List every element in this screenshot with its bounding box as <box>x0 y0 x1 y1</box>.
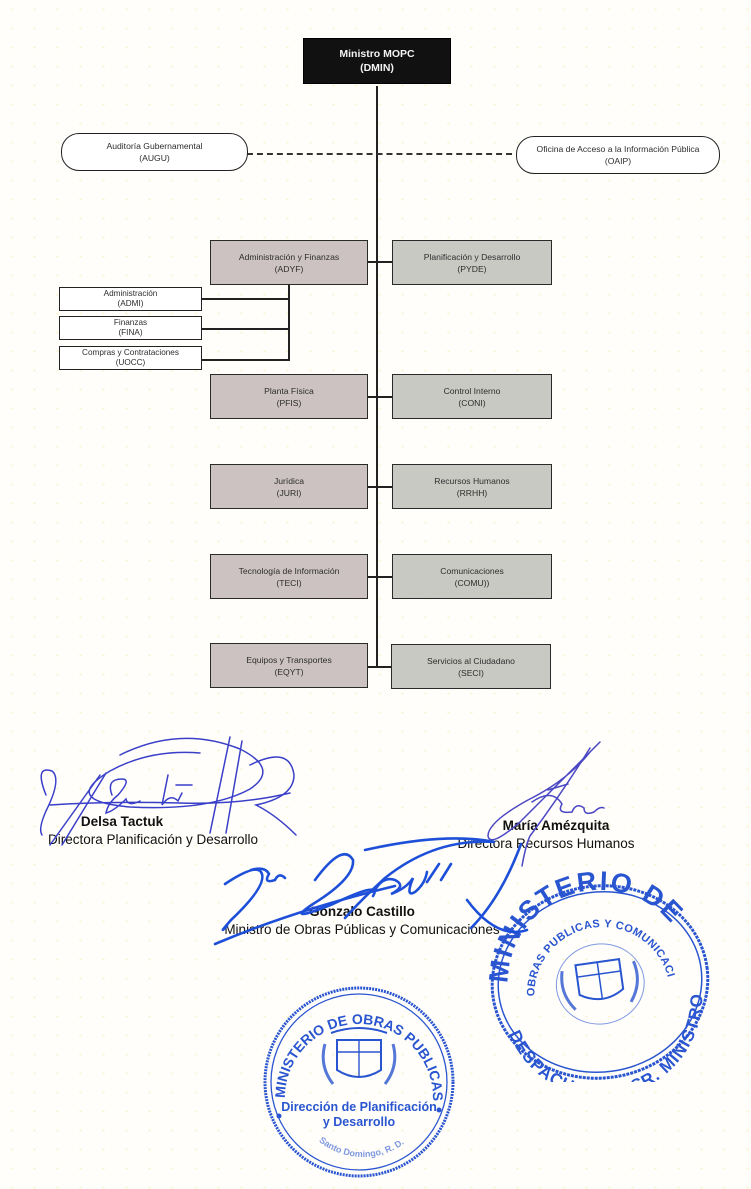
node-ministro: Ministro MOPC (DMIN) <box>303 38 451 84</box>
node-rrhh: Recursos Humanos (RRHH) <box>392 464 552 509</box>
node-name: Tecnología de Información <box>239 565 340 577</box>
node-code: (EQYT) <box>274 666 303 678</box>
node-name: Equipos y Transportes <box>246 654 332 666</box>
node-pfis: Planta Física (PFIS) <box>210 374 368 419</box>
svg-text:Dirección de Planificación: Dirección de Planificación <box>281 1100 437 1114</box>
adyf-sub-connector-admi <box>201 298 289 300</box>
connector-row-5 <box>367 666 392 668</box>
node-pyde: Planificación y Desarrollo (PYDE) <box>392 240 552 285</box>
node-code: (AUGU) <box>139 152 170 164</box>
node-code: (COMU)) <box>455 577 490 589</box>
node-code: (OAIP) <box>605 155 631 167</box>
svg-text:Santo Domingo, R. D.: Santo Domingo, R. D. <box>317 1135 405 1159</box>
node-fina: Finanzas (FINA) <box>59 316 202 340</box>
node-name: Finanzas <box>114 318 147 329</box>
advisory-dashed-connector <box>247 153 522 155</box>
node-oaip: Oficina de Acceso a la Información Públi… <box>516 136 720 174</box>
node-coni: Control Interno (CONI) <box>392 374 552 419</box>
adyf-sub-connector-vertical <box>288 284 290 361</box>
handwritten-signature-castillo <box>205 840 535 950</box>
node-code: (SECI) <box>458 667 484 679</box>
node-name: Servicios al Ciudadano <box>427 655 515 667</box>
node-adyf: Administración y Finanzas (ADYF) <box>210 240 368 285</box>
node-name: Compras y Contrataciones <box>82 348 179 359</box>
node-code: (PYDE) <box>457 263 486 275</box>
node-name: Administración <box>104 289 158 300</box>
svg-text:DESPACHO DEL SR. MINISTRO: DESPACHO DEL SR. MINISTRO <box>503 990 718 1082</box>
node-code: (UOCC) <box>116 358 146 369</box>
node-juri: Jurídica (JURI) <box>210 464 368 509</box>
node-code: (RRHH) <box>457 487 488 499</box>
node-name: Planificación y Desarrollo <box>424 251 520 263</box>
node-uocc: Compras y Contrataciones (UOCC) <box>59 346 202 370</box>
node-name: Recursos Humanos <box>434 475 509 487</box>
node-name: Ministro MOPC <box>339 47 414 61</box>
connector-row-1 <box>367 261 392 263</box>
stamp-planificacion: MINISTERIO DE OBRAS PUBLICAS Y COMUNICAC… <box>255 978 465 1178</box>
svg-text:y Desarrollo: y Desarrollo <box>323 1115 396 1129</box>
connector-row-3 <box>367 486 392 488</box>
connector-row-2 <box>367 396 392 398</box>
node-teci: Tecnología de Información (TECI) <box>210 554 368 599</box>
adyf-sub-connector-uocc <box>201 359 289 361</box>
node-code: (FINA) <box>118 328 142 339</box>
node-name: Control Interno <box>444 385 501 397</box>
node-code: (ADYF) <box>275 263 304 275</box>
node-code: (CONI) <box>458 397 485 409</box>
node-code: (PFIS) <box>277 397 302 409</box>
node-seci: Servicios al Ciudadano (SECI) <box>391 644 551 689</box>
node-name: Comunicaciones <box>440 565 504 577</box>
node-eqyt: Equipos y Transportes (EQYT) <box>210 643 368 688</box>
node-auditoria: Auditoría Gubernamental (AUGU) <box>61 133 248 171</box>
node-code: (DMIN) <box>360 61 394 75</box>
node-name: Jurídica <box>274 475 304 487</box>
node-name: Planta Física <box>264 385 314 397</box>
node-admi: Administración (ADMI) <box>59 287 202 311</box>
adyf-sub-connector-fina <box>201 328 289 330</box>
node-code: (ADMI) <box>118 299 144 310</box>
node-name: Oficina de Acceso a la Información Públi… <box>537 143 700 155</box>
spine-connector <box>376 86 378 668</box>
node-code: (TECI) <box>276 577 301 589</box>
connector-row-4 <box>367 576 392 578</box>
node-name: Auditoría Gubernamental <box>106 140 202 152</box>
node-comu: Comunicaciones (COMU)) <box>392 554 552 599</box>
handwritten-signature-tactuk <box>20 735 320 845</box>
node-code: (JURI) <box>277 487 302 499</box>
node-name: Administración y Finanzas <box>239 251 339 263</box>
